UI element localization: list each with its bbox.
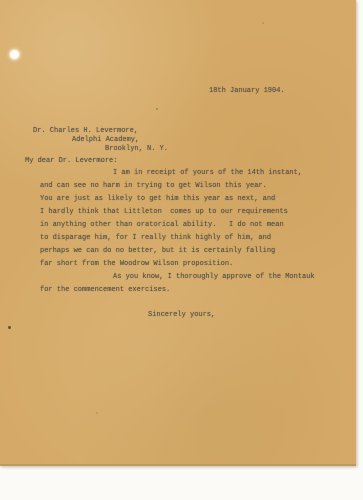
recipient-city: Brooklyn, N. Y. — [105, 145, 168, 154]
punch-hole — [10, 50, 19, 59]
recipient-name: Dr. Charles H. Levermore, — [33, 127, 138, 136]
body-line: I hardly think that Littleton comes up t… — [40, 207, 310, 220]
paper-speck — [8, 326, 11, 329]
body-line: for the commencement exercises. — [40, 285, 310, 298]
letter-body: I am in receipt of yours of the 14th ins… — [40, 168, 310, 298]
body-line: far short from the Woodrow Wilson propos… — [40, 259, 310, 272]
body-line: to disparage him, for I really think hig… — [40, 233, 310, 246]
paper-speck — [96, 412, 98, 414]
paper-speck — [262, 22, 264, 24]
letter-paper: 18th January 1904. Dr. Charles H. Leverm… — [0, 0, 356, 466]
closing: Sincerely yours, — [148, 311, 215, 320]
paper-speck — [156, 108, 158, 110]
body-line: I am in receipt of yours of the 14th ins… — [40, 168, 310, 181]
recipient-institution: Adelphi Academy, — [72, 136, 139, 145]
body-line: You are just as likely to get him this y… — [40, 194, 310, 207]
letter-date: 18th January 1904. — [209, 87, 285, 96]
body-line: perhaps we can do no better, but it is c… — [40, 246, 310, 259]
body-line: and can see no harm in trying to get Wil… — [40, 181, 310, 194]
body-line: in anything other than oratorical abilit… — [40, 220, 310, 233]
scanned-letter-screenshot: { "letter": { "date": "18th January 1904… — [0, 0, 363, 500]
salutation: My dear Dr. Levermore: — [25, 157, 117, 166]
body-line: As you know, I thoroughly approve of the… — [40, 272, 310, 285]
